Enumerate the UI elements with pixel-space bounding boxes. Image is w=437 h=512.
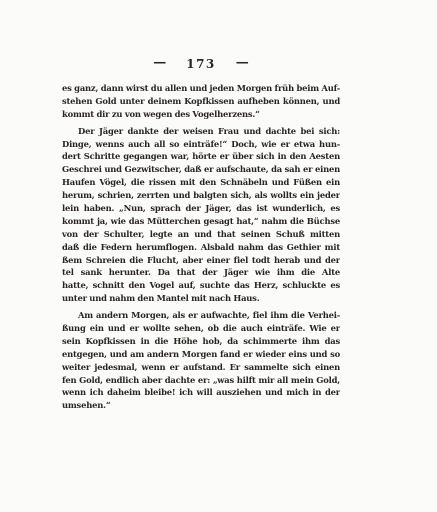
text-line: dert Schritte gegangen war, hörte er übe… bbox=[62, 150, 340, 163]
text-line: kommt ja, wie das Mütterchen gesagt hat,… bbox=[62, 215, 340, 228]
text-line: ßung ein und er wollte sehen, ob die auc… bbox=[62, 322, 340, 335]
text-line: es ganz, dann wirst du allen und jeden M… bbox=[62, 82, 340, 95]
text-line: weiter jedesmal, wenn er aufstand. Er sa… bbox=[62, 361, 340, 374]
text-line: von der Schulter, legte an und that sein… bbox=[62, 228, 340, 241]
text-block: es ganz, dann wirst du allen und jeden M… bbox=[62, 82, 340, 412]
header-dash-right: — bbox=[236, 55, 249, 70]
paragraph: Am andern Morgen, als er aufwachte, fiel… bbox=[62, 309, 340, 412]
text-line: Der Jäger dankte der weisen Frau und dac… bbox=[62, 125, 340, 138]
text-line: sein Kopfkissen in die Höhe hob, da schi… bbox=[62, 335, 340, 348]
text-line: daß die Federn herumflogen. Alsbald nahm… bbox=[62, 241, 340, 254]
text-line: lein haben. „Nun, sprach der Jäger, das … bbox=[62, 202, 340, 215]
text-line: umsehen.“ bbox=[62, 399, 340, 412]
text-line: entgegen, und am andern Morgen fand er w… bbox=[62, 348, 340, 361]
text-line: Haufen Vögel, die rissen mit den Schnäbe… bbox=[62, 176, 340, 189]
text-line: Am andern Morgen, als er aufwachte, fiel… bbox=[62, 309, 340, 322]
text-line: Geschrei und Gezwitscher, daß er aufscha… bbox=[62, 163, 340, 176]
page-number: 173 bbox=[186, 57, 216, 71]
header-dash-left: — bbox=[153, 55, 166, 70]
book-page: — 173 — es ganz, dann wirst du allen und… bbox=[0, 0, 437, 512]
text-line: kommt dir zu von wegen des Vogelherzens.… bbox=[62, 108, 340, 121]
text-line: herum, schrien, zerrten und balgten sich… bbox=[62, 189, 340, 202]
text-line: Dinge, wenns auch all so einträfe!“ Doch… bbox=[62, 138, 340, 151]
text-line: hatte, schnitt den Vogel auf, suchte das… bbox=[62, 279, 340, 292]
page-header: — 173 — bbox=[62, 56, 340, 71]
text-line: tel sank herunter. Da that der Jäger wie… bbox=[62, 266, 340, 279]
paragraph: Der Jäger dankte der weisen Frau und dac… bbox=[62, 125, 340, 305]
text-line: wenn ich daheim bleibe! ich will auszieh… bbox=[62, 386, 340, 399]
text-line: stehen Gold unter deinem Kopfkissen aufh… bbox=[62, 95, 340, 108]
paragraph: es ganz, dann wirst du allen und jeden M… bbox=[62, 82, 340, 121]
text-line: ßem Schreien die Flucht, aber einer fiel… bbox=[62, 254, 340, 267]
text-line: fen Gold, endlich aber dachte er: „was h… bbox=[62, 374, 340, 387]
text-line: unter und nahm den Mantel mit nach Haus. bbox=[62, 292, 340, 305]
